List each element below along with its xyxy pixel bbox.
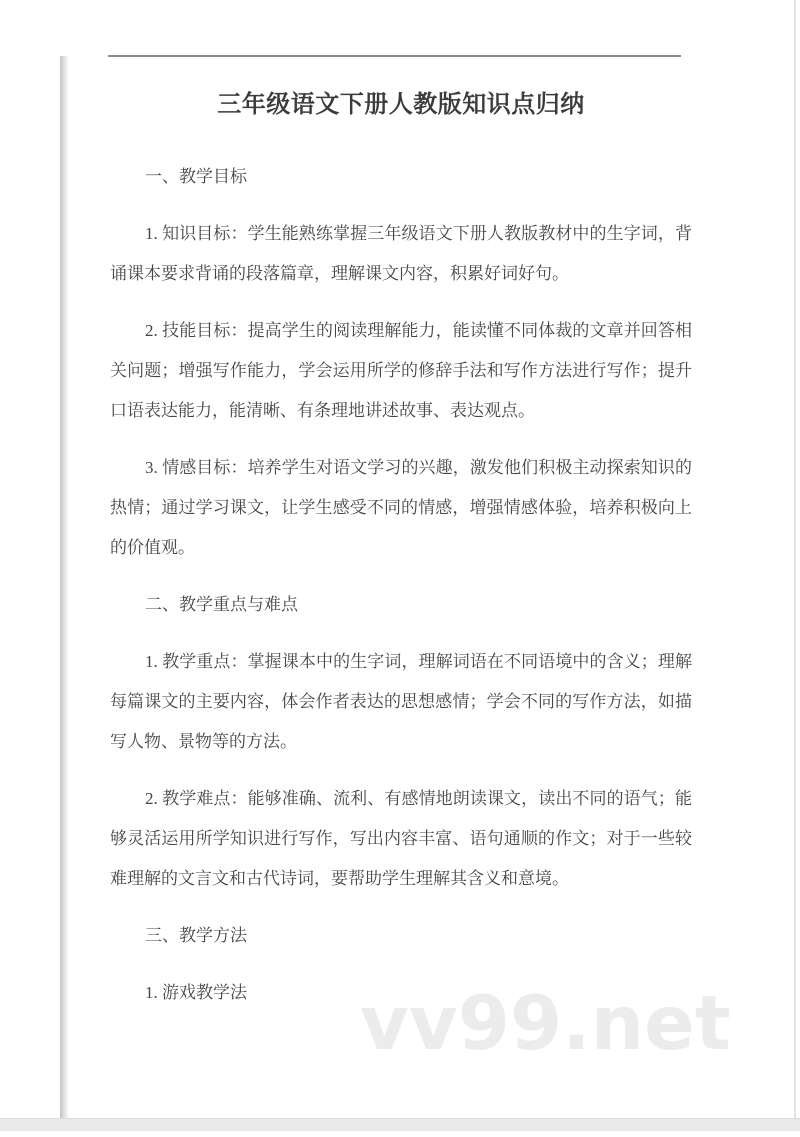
page-left-shadow xyxy=(60,56,69,1118)
document-title: 三年级语文下册人教版知识点归纳 xyxy=(110,83,692,127)
page-right-edge-line xyxy=(794,0,796,1118)
paragraph-knowledge-goal: 1. 知识目标：学生能熟练掌握三年级语文下册人教版教材中的生字词，背诵课本要求背… xyxy=(110,214,692,294)
paragraph-skill-goal: 2. 技能目标：提高学生的阅读理解能力，能读懂不同体裁的文章并回答相关问题；增强… xyxy=(110,311,692,431)
section-heading-teaching-methods: 三、教学方法 xyxy=(110,916,692,956)
watermark-text: vv99.net xyxy=(360,986,731,1061)
paragraph-teaching-focus: 1. 教学重点：掌握课本中的生字词，理解词语在不同语境中的含义；理解每篇课文的主… xyxy=(110,642,692,762)
section-heading-teaching-goals: 一、教学目标 xyxy=(110,157,692,197)
document-content: 三年级语文下册人教版知识点归纳 一、教学目标 1. 知识目标：学生能熟练掌握三年… xyxy=(110,83,692,1013)
paragraph-teaching-difficulty: 2. 教学难点：能够准确、流利、有感情地朗读课文，读出不同的语气；能够灵活运用所… xyxy=(110,779,692,899)
section-heading-key-points: 二、教学重点与难点 xyxy=(110,585,692,625)
page-top-edge-line xyxy=(108,55,681,57)
paragraph-emotion-goal: 3. 情感目标：培养学生对语文学习的兴趣，激发他们积极主动探索知识的热情；通过学… xyxy=(110,448,692,568)
page-bottom-separator xyxy=(0,1118,800,1131)
document-page: 三年级语文下册人教版知识点归纳 一、教学目标 1. 知识目标：学生能熟练掌握三年… xyxy=(0,0,800,1137)
